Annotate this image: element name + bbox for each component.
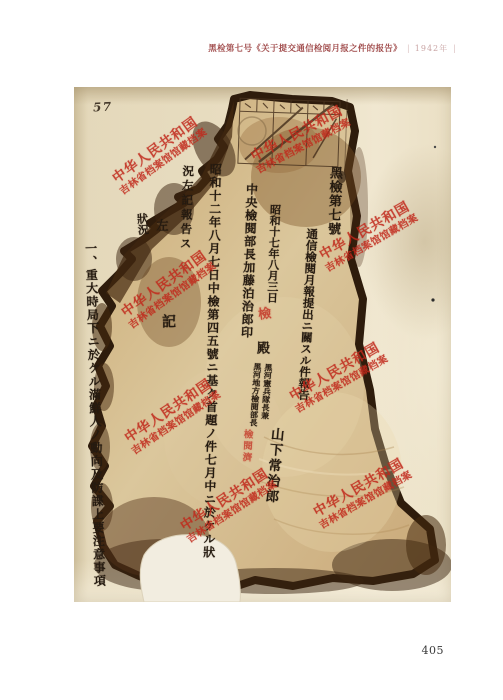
doc-fragment-left: 左 xyxy=(154,219,171,231)
scanned-document-photo: 57 黑檢第七號 通信檢閱月報提出ニ關スル件報告 昭和十七年八月三日 中央檢閱部… xyxy=(74,87,451,602)
red-seal-stamp: 檢 xyxy=(257,302,273,323)
archive-sheet-number: 57 xyxy=(93,99,113,114)
page-number: 405 xyxy=(422,644,445,657)
doc-basis-continuation: 況左記報告ス xyxy=(177,165,196,253)
doc-fragment-jokyo: 狀況 xyxy=(133,212,150,235)
censor-pass-stamp: 檢閱濟 xyxy=(238,429,254,464)
doc-honorific: 殿 xyxy=(252,341,271,354)
doc-ki-marker: 記 xyxy=(158,314,178,328)
header-separator-end: | xyxy=(453,44,456,54)
doc-sender-title: 黑河憲兵隊長兼 黑河地方檢閱部長 xyxy=(248,362,274,427)
year-label: 1942年 xyxy=(415,43,448,54)
page-header: 黑检第七号《关于提交通信检阅月报之件的报告》 | 1942年 | xyxy=(208,42,456,54)
book-page: { "header": { "catalog_title": "黑检第七号《关于… xyxy=(0,0,503,700)
header-separator: | xyxy=(407,44,410,54)
doc-number-column: 黑檢第七號 xyxy=(323,166,344,237)
catalog-title: 黑检第七号《关于提交通信检阅月报之件的报告》 xyxy=(208,42,402,54)
